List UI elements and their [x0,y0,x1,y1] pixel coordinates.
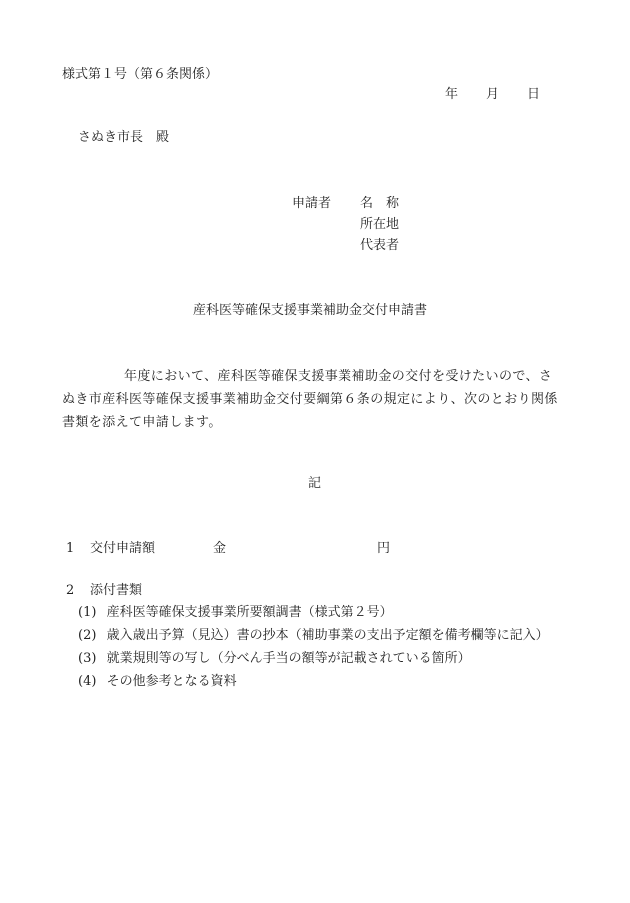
attachment-text: 産科医等確保支援事業所要額調書（様式第２号） [107,605,393,620]
item2-number: 2 [66,583,74,599]
item1-label: 交付申請額 [90,541,155,557]
attachment-number: (4) [78,674,96,689]
applicant-address-label: 所在地 [360,217,399,233]
ki-heading: 記 [308,476,321,492]
attachment-number: (1) [78,605,96,620]
form-number: 様式第１号（第６条関係） [62,67,218,83]
attachment-item: (3) 就業規則等の写し（分べん手当の額等が記載されている箇所） [78,651,471,667]
document-title: 産科医等確保支援事業補助金交付申請書 [193,303,427,319]
date-day-label: 日 [527,87,540,103]
body-line-2: ぬき市産科医等確保支援事業補助金交付要綱第６条の規定により、次のとおり関係 [62,388,572,411]
date-month-label: 月 [486,87,499,103]
attachment-item: (4) その他参考となる資料 [78,674,237,690]
attachment-number: (3) [78,651,96,666]
attachment-item: (2) 歳入歳出予算（見込）書の抄本（補助事業の支出予定額を備考欄等に記入） [78,628,549,644]
body-paragraph: 年度において、産科医等確保支援事業補助金の交付を受けたいので、さ ぬき市産科医等… [62,365,572,434]
applicant-name-label: 名 称 [360,196,399,212]
body-line-1: 年度において、産科医等確保支援事業補助金の交付を受けたいので、さ [124,369,552,384]
addressee: さぬき市長 殿 [78,130,169,146]
attachment-text: その他参考となる資料 [107,674,237,689]
body-line-3: 書類を添えて申請します。 [62,411,572,434]
applicant-representative-label: 代表者 [360,238,399,254]
date-year-label: 年 [445,87,458,103]
applicant-label: 申請者 [292,196,331,212]
item1-prefix: 金 [213,541,226,557]
item2-label: 添付書類 [90,583,142,599]
attachment-item: (1) 産科医等確保支援事業所要額調書（様式第２号） [78,605,393,621]
item1-suffix: 円 [377,541,390,557]
attachment-text: 歳入歳出予算（見込）書の抄本（補助事業の支出予定額を備考欄等に記入） [107,628,549,643]
attachment-number: (2) [78,628,96,643]
item1-number: 1 [66,541,74,557]
attachment-text: 就業規則等の写し（分べん手当の額等が記載されている箇所） [107,651,471,666]
